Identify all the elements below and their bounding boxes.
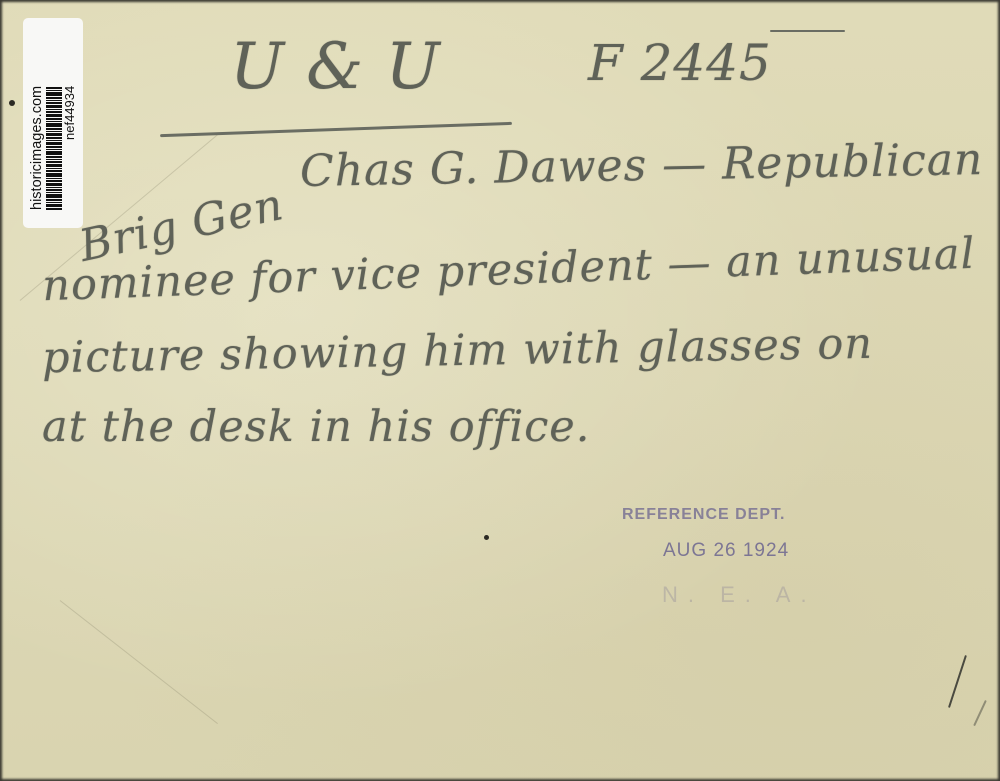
caption-line: picture showing him with glasses on	[42, 319, 874, 383]
ink-spot	[9, 100, 15, 106]
photo-back-paper: historicimages.com nef44934 U & U F 2445…	[0, 0, 1000, 781]
label-id-text: nef44934	[63, 18, 77, 210]
pencil-mark	[973, 700, 987, 726]
caption-line: Chas G. Dawes — Republican	[300, 134, 984, 197]
caption-line: at the desk in his office.	[42, 402, 590, 452]
overline	[770, 30, 845, 32]
stamp-agency: N. E. A.	[662, 582, 817, 608]
file-number: F 2445	[588, 34, 772, 92]
ink-spot	[484, 535, 489, 540]
stamp-dept: REFERENCE DEPT.	[622, 506, 785, 524]
stamp-date: AUG 26 1924	[663, 540, 789, 562]
agency-note: U & U	[230, 30, 441, 104]
underline	[160, 122, 512, 137]
pencil-mark	[948, 655, 967, 708]
barcode-icon	[46, 18, 62, 210]
barcode-label: historicimages.com nef44934	[23, 18, 83, 228]
label-site-text: historicimages.com	[29, 18, 45, 210]
paper-crease	[60, 600, 218, 724]
